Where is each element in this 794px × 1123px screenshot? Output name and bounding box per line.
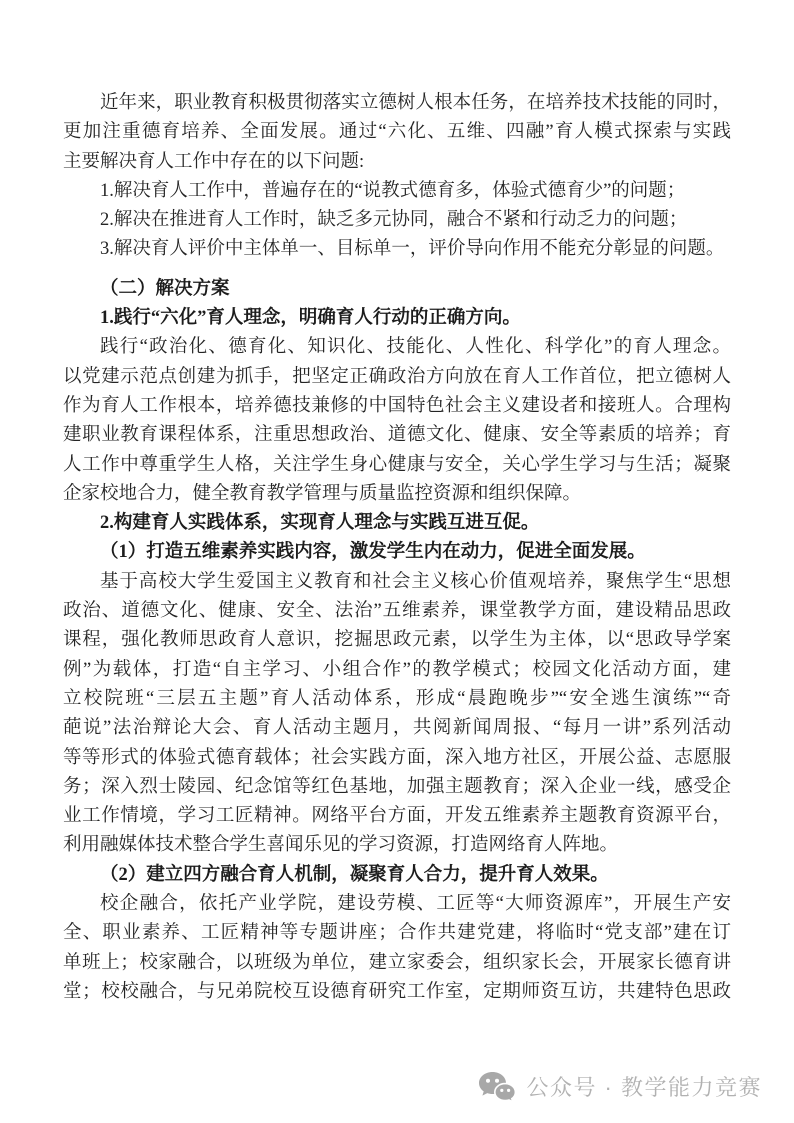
wechat-icon bbox=[478, 1071, 516, 1102]
list-item-line: 2.解决在推进育人工作时，缺乏多元协同，融合不紧和行动乏力的问题； bbox=[63, 206, 731, 235]
paragraph-line: 企家校地合力，健全教育教学管理与质量监控资源和组织保障。 bbox=[63, 480, 731, 509]
paragraph-line: 葩说”法治辩论大会、育人活动主题月，共阅新闻周报、“每月一讲”系列活动 bbox=[63, 714, 731, 743]
paragraph-line: 校企融合，依托产业学院，建设劳模、工匠等“大师资源库”，开展生产安 bbox=[63, 890, 731, 919]
paragraph-line: 近年来，职业教育积极贯彻落实立德树人根本任务，在培养技术技能的同时， bbox=[63, 89, 731, 118]
paragraph-line: 全、职业素养、工匠精神等专题讲座；合作共建党建，将临时“党支部”建在订 bbox=[63, 919, 731, 948]
paragraph-line: 立校院班“三层五主题”育人活动体系，形成“晨跑晚步”“安全逃生演练”“奇 bbox=[63, 685, 731, 714]
paragraph-line: 以党建示范点创建为抓手，把坚定正确政治方向放在育人工作首位，把立德树人 bbox=[63, 363, 731, 392]
watermark: 公众号 · 教学能力竞赛 bbox=[478, 1071, 762, 1102]
paragraph-line: 例”为载体，打造“自主学习、小组合作”的教学模式；校园文化活动方面，建 bbox=[63, 656, 731, 685]
paragraph-line: 课程，强化教师思政育人意识，挖掘思政元素，以学生为主体，以“思政导学案 bbox=[63, 626, 731, 655]
list-item-line: 3.解决育人评价中主体单一、目标单一，评价导向作用不能充分彰显的问题。 bbox=[63, 235, 731, 264]
paragraph-line: 政治、道德文化、健康、安全、法治”五维素养，课堂教学方面，建设精品思政 bbox=[63, 597, 731, 626]
heading-line: 1.践行“六化”育人理念，明确育人行动的正确方向。 bbox=[63, 304, 731, 333]
paragraph-line: 主要解决育人工作中存在的以下问题: bbox=[63, 148, 731, 177]
list-item-line: 1.解决育人工作中，普遍存在的“说教式德育多，体验式德育少”的问题； bbox=[63, 177, 731, 206]
paragraph-line: 利用融媒体技术整合学生喜闻乐见的学习资源，打造网络育人阵地。 bbox=[63, 831, 731, 860]
document-page: 近年来，职业教育积极贯彻落实立德树人根本任务，在培养技术技能的同时，更加注重德育… bbox=[0, 0, 794, 1123]
heading-line: （1）打造五维素养实践内容，激发学生内在动力，促进全面发展。 bbox=[63, 538, 731, 567]
paragraph-line: 堂；校校融合，与兄弟院校互设德育研究工作室，定期师资互访，共建特色思政 bbox=[63, 978, 731, 1007]
heading-line: （二）解决方案 bbox=[63, 275, 731, 304]
paragraph-line: 务；深入烈士陵园、纪念馆等红色基地，加强主题教育；深入企业一线，感受企 bbox=[63, 773, 731, 802]
section-gap bbox=[63, 265, 731, 275]
paragraph-line: 等等形式的体验式德育载体；社会实践方面，深入地方社区，开展公益、志愿服 bbox=[63, 744, 731, 773]
paragraph-line: 践行“政治化、德育化、知识化、技能化、人性化、科学化”的育人理念。 bbox=[63, 333, 731, 362]
paragraph-line: 单班上；校家融合，以班级为单位，建立家委会，组织家长会，开展家长德育讲 bbox=[63, 949, 731, 978]
heading-line: （2）建立四方融合育人机制，凝聚育人合力，提升育人效果。 bbox=[63, 861, 731, 890]
paragraph-line: 基于高校大学生爱国主义教育和社会主义核心价值观培养，聚焦学生“思想 bbox=[63, 568, 731, 597]
paragraph-line: 建职业教育课程体系，注重思想政治、道德文化、健康、安全等素质的培养；育 bbox=[63, 421, 731, 450]
paragraph-line: 业工作情境，学习工匠精神。网络平台方面，开发五维素养主题教育资源平台， bbox=[63, 802, 731, 831]
paragraph-line: 人工作中尊重学生人格，关注学生身心健康与安全，关心学生学习与生活；凝聚 bbox=[63, 451, 731, 480]
heading-line: 2.构建育人实践体系，实现育人理念与实践互进互促。 bbox=[63, 509, 731, 538]
watermark-text: 公众号 · 教学能力竞赛 bbox=[526, 1071, 762, 1102]
paragraph-line: 更加注重德育培养、全面发展。通过“六化、五维、四融”育人模式探索与实践 bbox=[63, 118, 731, 147]
document-body: 近年来，职业教育积极贯彻落实立德树人根本任务，在培养技术技能的同时，更加注重德育… bbox=[63, 89, 731, 1007]
paragraph-line: 作为育人工作根本，培养德技兼修的中国特色社会主义建设者和接班人。合理构 bbox=[63, 392, 731, 421]
